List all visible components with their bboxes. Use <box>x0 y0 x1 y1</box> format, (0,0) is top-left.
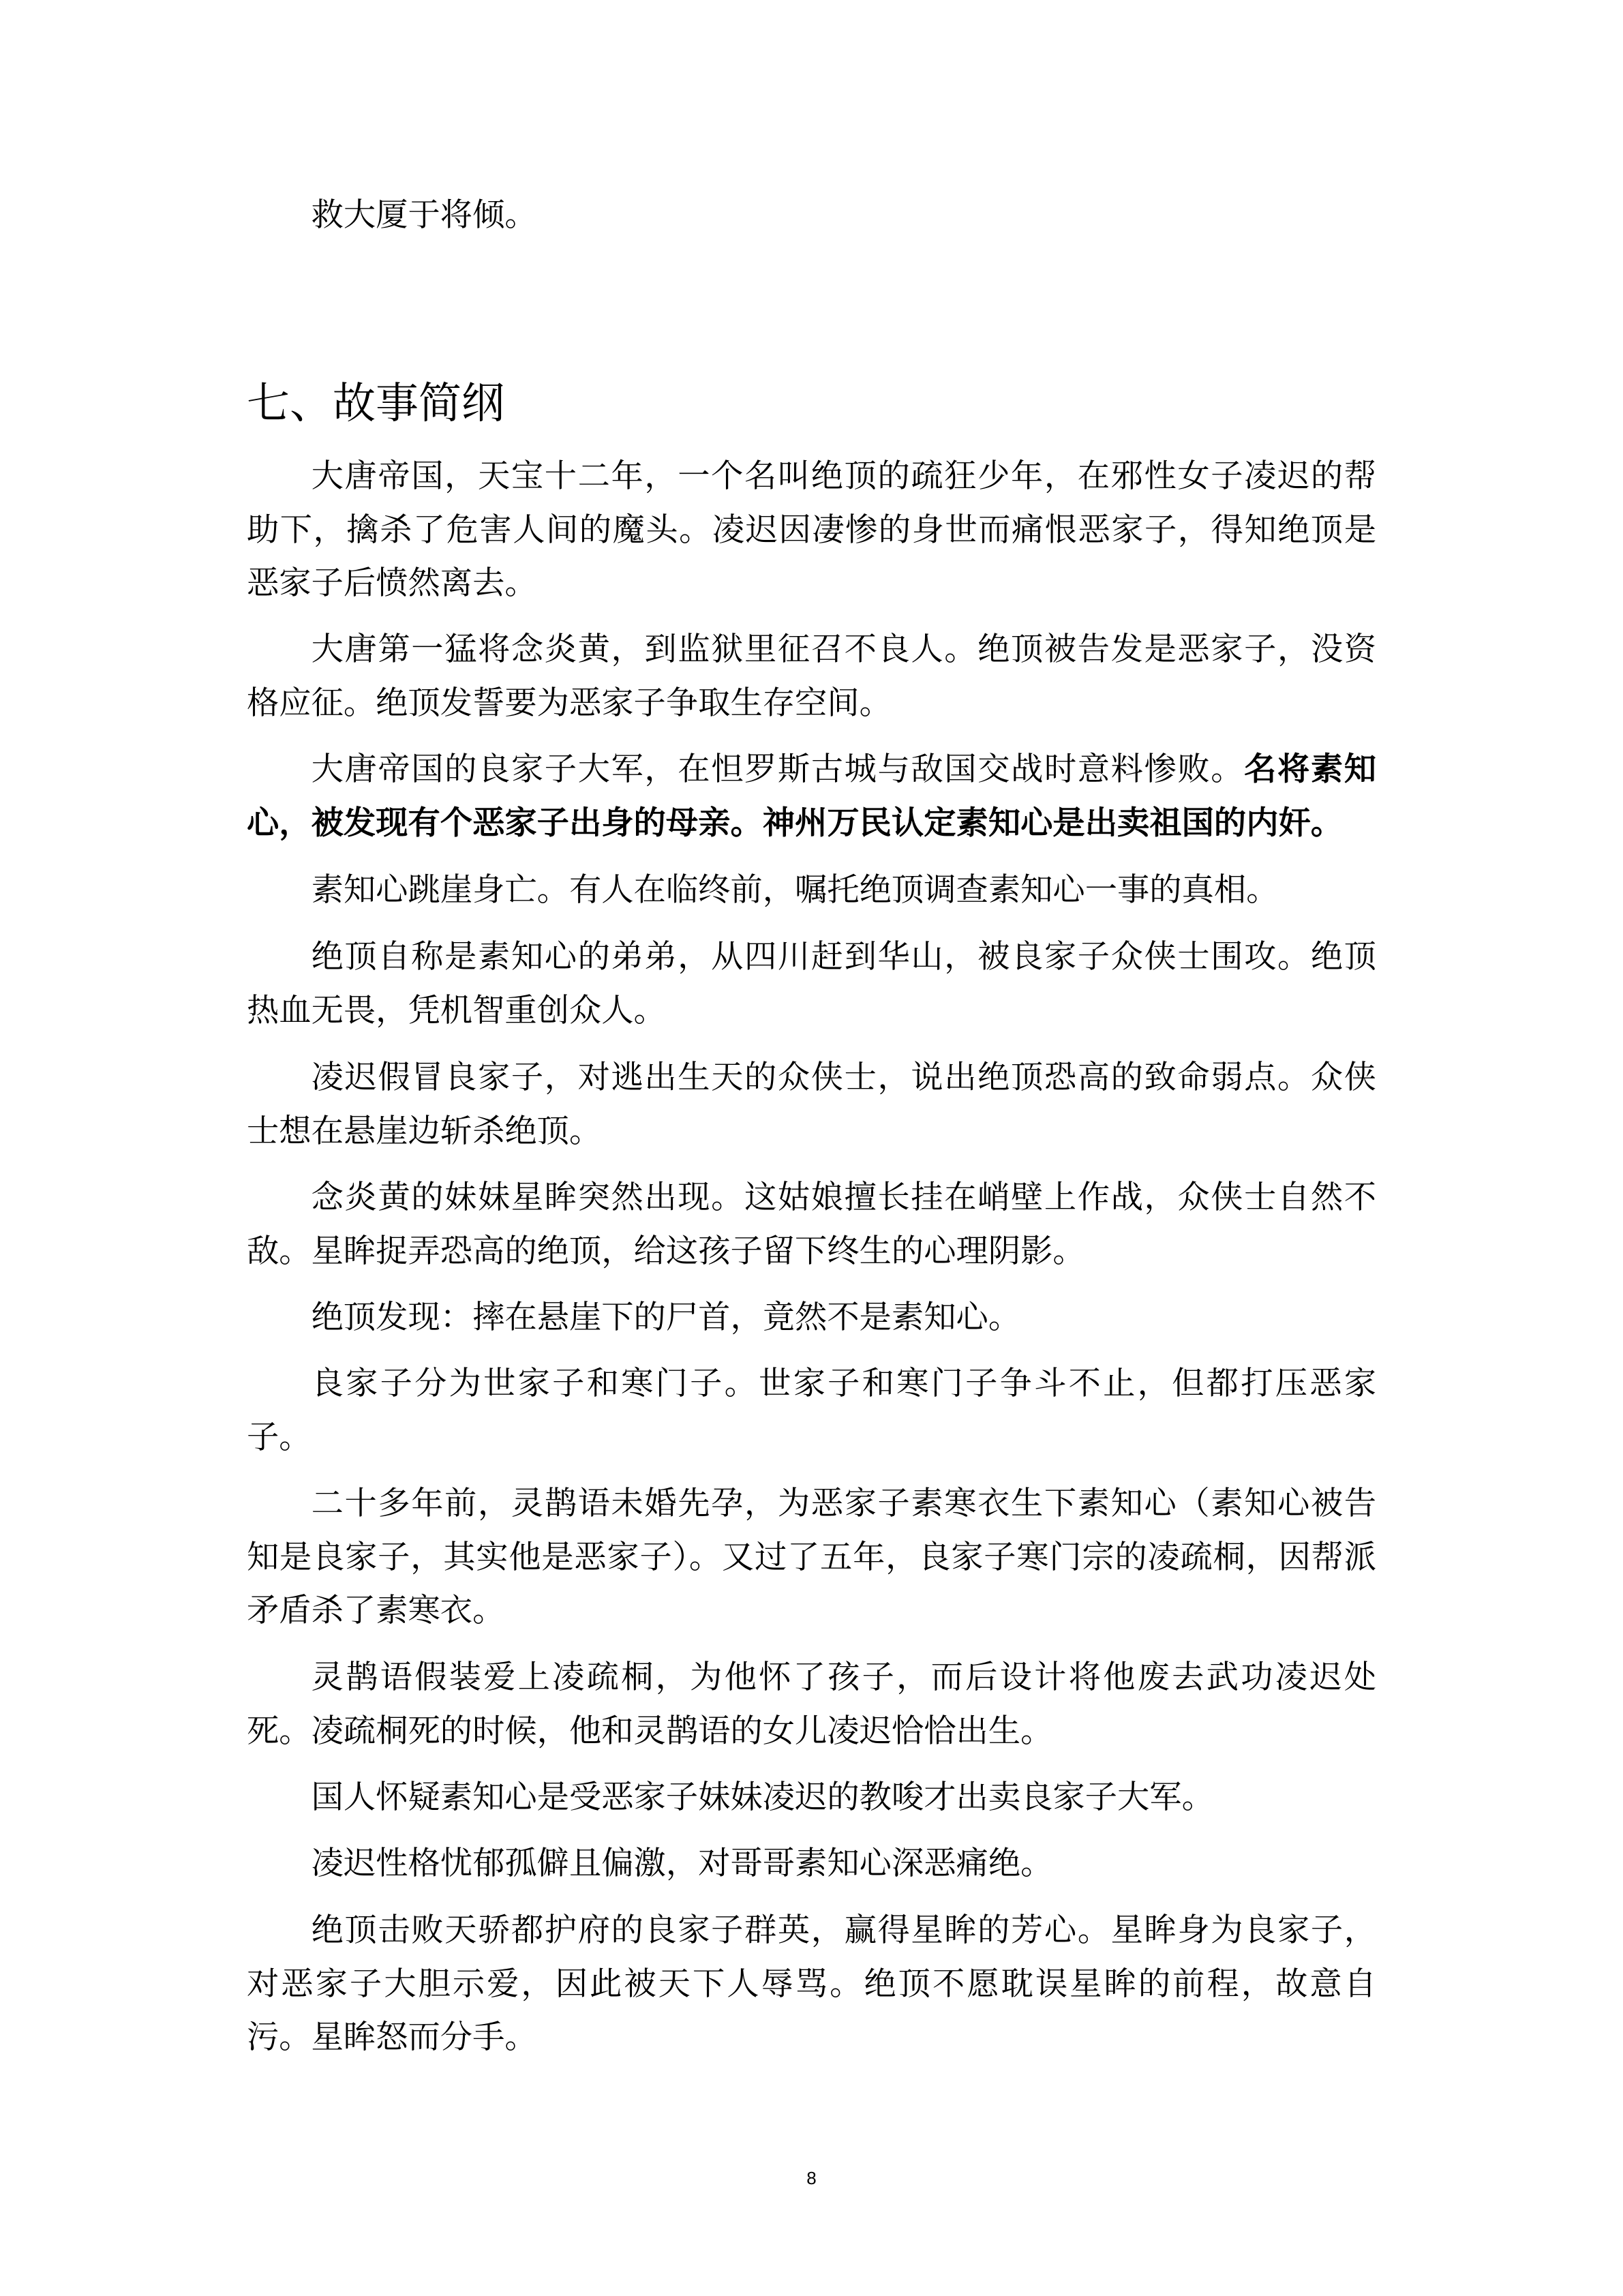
paragraph-line: 污。星眸怒而分手。 <box>247 2017 1376 2071</box>
paragraph-line: 国人怀疑素知心是受恶家子妹妹凌迟的教唆才出卖良家子大军。 <box>247 1777 1376 1831</box>
paragraph-1: 大唐帝国，天宝十二年，一个名叫绝顶的疏狂少年，在邪性女子凌迟的帮 助下，擒杀了危… <box>247 456 1376 617</box>
paragraph-2: 大唐第一猛将念炎黄，到监狱里征召不良人。绝顶被告发是恶家子，没资 格应征。绝顶发… <box>247 629 1376 736</box>
paragraph-line: 绝顶自称是素知心的弟弟，从四川赶到华山，被良家子众侠士围攻。绝顶 <box>247 937 1376 991</box>
paragraph-line: 凌迟假冒良家子，对逃出生天的众侠士，说出绝顶恐高的致命弱点。众侠 <box>247 1057 1376 1111</box>
paragraph-line: 助下，擒杀了危害人间的魔头。凌迟因凄惨的身世而痛恨恶家子，得知绝顶是 <box>247 510 1376 564</box>
paragraph-line: 救大厦于将倾。 <box>247 195 1376 249</box>
paragraph-line-bold: 心，被发现有个恶家子出身的母亲。神州万民认定素知心是出卖祖国的内奸。 <box>247 803 1376 857</box>
paragraph-13: 凌迟性格忧郁孤僻且偏激，对哥哥素知心深恶痛绝。 <box>247 1843 1376 1897</box>
paragraph-line: 大唐帝国的良家子大军，在怛罗斯古城与敌国交战时意料惨败。名将素知 <box>247 749 1376 803</box>
page-number: 8 <box>0 2164 1623 2192</box>
paragraph-text-bold: 名将素知 <box>1244 752 1376 787</box>
paragraph-text-regular: 大唐帝国的良家子大军，在怛罗斯古城与敌国交战时意料惨败。 <box>312 752 1244 787</box>
paragraph-line: 恶家子后愤然离去。 <box>247 563 1376 617</box>
paragraph-11: 灵鹊语假装爱上凌疏桐，为他怀了孩子，而后设计将他废去武功凌迟处 死。凌疏桐死的时… <box>247 1657 1376 1764</box>
paragraph-12: 国人怀疑素知心是受恶家子妹妹凌迟的教唆才出卖良家子大军。 <box>247 1777 1376 1831</box>
paragraph-line: 凌迟性格忧郁孤僻且偏激，对哥哥素知心深恶痛绝。 <box>247 1843 1376 1897</box>
paragraph-line: 敌。星眸捉弄恐高的绝顶，给这孩子留下终生的心理阴影。 <box>247 1231 1376 1285</box>
paragraph-7: 念炎黄的妹妹星眸突然出现。这姑娘擅长挂在峭壁上作战，众侠士自然不 敌。星眸捉弄恐… <box>247 1177 1376 1284</box>
paragraph-line: 知是良家子，其实他是恶家子）。又过了五年，良家子寒门宗的凌疏桐，因帮派 <box>247 1537 1376 1591</box>
paragraph-6: 凌迟假冒良家子，对逃出生天的众侠士，说出绝顶恐高的致命弱点。众侠 士想在悬崖边斩… <box>247 1057 1376 1164</box>
paragraph-line: 二十多年前，灵鹊语未婚先孕，为恶家子素寒衣生下素知心（素知心被告 <box>247 1483 1376 1537</box>
paragraph-14: 绝顶击败天骄都护府的良家子群英，赢得星眸的芳心。星眸身为良家子， 对恶家子大胆示… <box>247 1910 1376 2071</box>
paragraph-line: 对恶家子大胆示爱，因此被天下人辱骂。绝顶不愿耽误星眸的前程，故意自 <box>247 1964 1376 2018</box>
paragraph-3: 大唐帝国的良家子大军，在怛罗斯古城与敌国交战时意料惨败。名将素知 心，被发现有个… <box>247 749 1376 856</box>
paragraph-4: 素知心跳崖身亡。有人在临终前，嘱托绝顶调查素知心一事的真相。 <box>247 870 1376 924</box>
paragraph-line: 死。凌疏桐死的时候，他和灵鹊语的女儿凌迟恰恰出生。 <box>247 1711 1376 1765</box>
document-page: 救大厦于将倾。 七、故事简纲 大唐帝国，天宝十二年，一个名叫绝顶的疏狂少年，在邪… <box>0 0 1623 2296</box>
paragraph-9: 良家子分为世家子和寒门子。世家子和寒门子争斗不止，但都打压恶家 子。 <box>247 1363 1376 1470</box>
paragraph-line: 良家子分为世家子和寒门子。世家子和寒门子争斗不止，但都打压恶家 <box>247 1363 1376 1417</box>
paragraph-line: 子。 <box>247 1417 1376 1471</box>
paragraph-line: 大唐帝国，天宝十二年，一个名叫绝顶的疏狂少年，在邪性女子凌迟的帮 <box>247 456 1376 510</box>
paragraph-line: 绝顶击败天骄都护府的良家子群英，赢得星眸的芳心。星眸身为良家子， <box>247 1910 1376 1964</box>
paragraph-line: 素知心跳崖身亡。有人在临终前，嘱托绝顶调查素知心一事的真相。 <box>247 870 1376 924</box>
continuation-paragraph: 救大厦于将倾。 <box>247 195 1376 249</box>
paragraph-8: 绝顶发现：摔在悬崖下的尸首，竟然不是素知心。 <box>247 1297 1376 1351</box>
paragraph-line: 格应征。绝顶发誓要为恶家子争取生存空间。 <box>247 683 1376 737</box>
paragraph-line: 热血无畏，凭机智重创众人。 <box>247 991 1376 1044</box>
paragraph-line: 念炎黄的妹妹星眸突然出现。这姑娘擅长挂在峭壁上作战，众侠士自然不 <box>247 1177 1376 1231</box>
paragraph-10: 二十多年前，灵鹊语未婚先孕，为恶家子素寒衣生下素知心（素知心被告 知是良家子，其… <box>247 1483 1376 1644</box>
section-heading: 七、故事简纲 <box>247 376 504 431</box>
paragraph-line: 绝顶发现：摔在悬崖下的尸首，竟然不是素知心。 <box>247 1297 1376 1351</box>
paragraph-line: 矛盾杀了素寒衣。 <box>247 1590 1376 1644</box>
paragraph-5: 绝顶自称是素知心的弟弟，从四川赶到华山，被良家子众侠士围攻。绝顶 热血无畏，凭机… <box>247 937 1376 1044</box>
paragraph-line: 士想在悬崖边斩杀绝顶。 <box>247 1111 1376 1165</box>
paragraph-line: 大唐第一猛将念炎黄，到监狱里征召不良人。绝顶被告发是恶家子，没资 <box>247 629 1376 683</box>
paragraph-line: 灵鹊语假装爱上凌疏桐，为他怀了孩子，而后设计将他废去武功凌迟处 <box>247 1657 1376 1711</box>
